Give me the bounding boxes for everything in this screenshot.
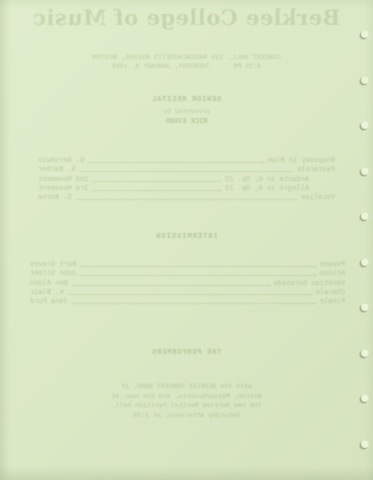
footer-line: with the BERKLEE CONCERT BAND, of — [0, 382, 373, 392]
recital-heading: SENIOR RECITAL — [0, 96, 373, 104]
performer-name: Jana Ford — [30, 298, 68, 306]
bleedthrough-layer: Berklee College of Music CONCERT HALL, 1… — [0, 0, 373, 480]
piece-title: Arioso — [320, 270, 345, 278]
performer-name: S. Barber — [38, 166, 76, 174]
dot-leader — [80, 274, 316, 276]
closing-announcement-paragraph: with the BERKLEE CONCERT BAND, ofBoston,… — [0, 382, 373, 420]
performer-name: K. Blair — [30, 289, 64, 297]
piece-title: Vocalise — [301, 194, 335, 202]
dot-leader — [72, 302, 316, 304]
footer-line: Saturday afternoon, at 3:30 — [0, 411, 373, 421]
program-row: PavaneBart Graves — [30, 260, 345, 269]
performer-name: John Street — [30, 270, 76, 278]
dot-leader — [92, 189, 221, 191]
date-time-line: 8:15 PMTHURSDAY, JANUARY 9, 1969 — [0, 63, 373, 70]
program-row: PastoraleS. Barber — [38, 165, 335, 174]
concert-date: THURSDAY, JANUARY 9, 1969 — [112, 63, 210, 70]
piece-title: Allegro in G, Op. 22 — [225, 185, 335, 193]
program-row: FinaleJana Ford — [30, 297, 345, 306]
performer-name: G. Gershwin — [38, 157, 84, 165]
program-list-first-half: Rhapsody in BlueG. GershwinPastoraleS. B… — [38, 156, 335, 202]
performer-name: 2nd Movement — [38, 176, 88, 184]
program-row: Venetian SerenadeBen Alden — [30, 278, 345, 287]
venue-address-line: CONCERT HALL, 136 MASSACHUSETTS AVENUE, … — [0, 54, 373, 61]
dot-leader — [92, 180, 221, 182]
intermission-heading: INTERMISSION — [0, 233, 373, 241]
program-row: ChoraleK. Blair — [30, 288, 345, 297]
concert-time: 8:15 PM — [234, 63, 261, 70]
dot-leader — [72, 284, 270, 286]
performer-name: S. Roche — [38, 194, 72, 202]
piece-title: Finale — [320, 298, 345, 306]
piece-title: Chorale — [316, 289, 345, 297]
program-row: Rhapsody in BlueG. Gershwin — [38, 156, 335, 165]
program-list-second-half: PavaneBart GravesAriosoJohn StreetVeneti… — [30, 260, 345, 306]
dot-leader — [88, 161, 264, 163]
program-row: AriosoJohn Street — [30, 269, 345, 278]
performer-name: 3rd Movement — [38, 185, 88, 193]
dot-leader — [68, 293, 312, 295]
piece-title: Rhapsody in Blue — [268, 157, 335, 165]
program-row: VocaliseS. Roche — [38, 193, 335, 202]
piece-title: Andante in G, Op. 22 — [225, 176, 335, 184]
dot-leader — [80, 170, 293, 172]
footer-line: Boston, Massachusetts, and the new, at — [0, 392, 373, 402]
performer-name: Bart Graves — [30, 261, 76, 269]
piece-title: Venetian Serenade — [274, 280, 345, 288]
scanned-program-page: Berklee College of Music CONCERT HALL, 1… — [0, 0, 373, 480]
program-row: Allegro in G, Op. 223rd Movement — [38, 184, 335, 193]
performer-name: Ben Alden — [30, 280, 68, 288]
recitalist-name: RICK EVANS — [0, 118, 373, 126]
piece-title: Pavane — [320, 261, 345, 269]
piece-title: Pastorale — [297, 166, 335, 174]
college-masthead-title: Berklee College of Music — [0, 5, 373, 30]
performers-heading: THE PERFORMERS — [0, 349, 373, 357]
dot-leader — [80, 265, 316, 267]
presented-by-line: presented by — [0, 108, 373, 115]
dot-leader — [76, 198, 298, 200]
footer-line: the new Berklee Recital Pavilion hall, — [0, 401, 373, 411]
program-row: Andante in G, Op. 222nd Movement — [38, 174, 335, 183]
